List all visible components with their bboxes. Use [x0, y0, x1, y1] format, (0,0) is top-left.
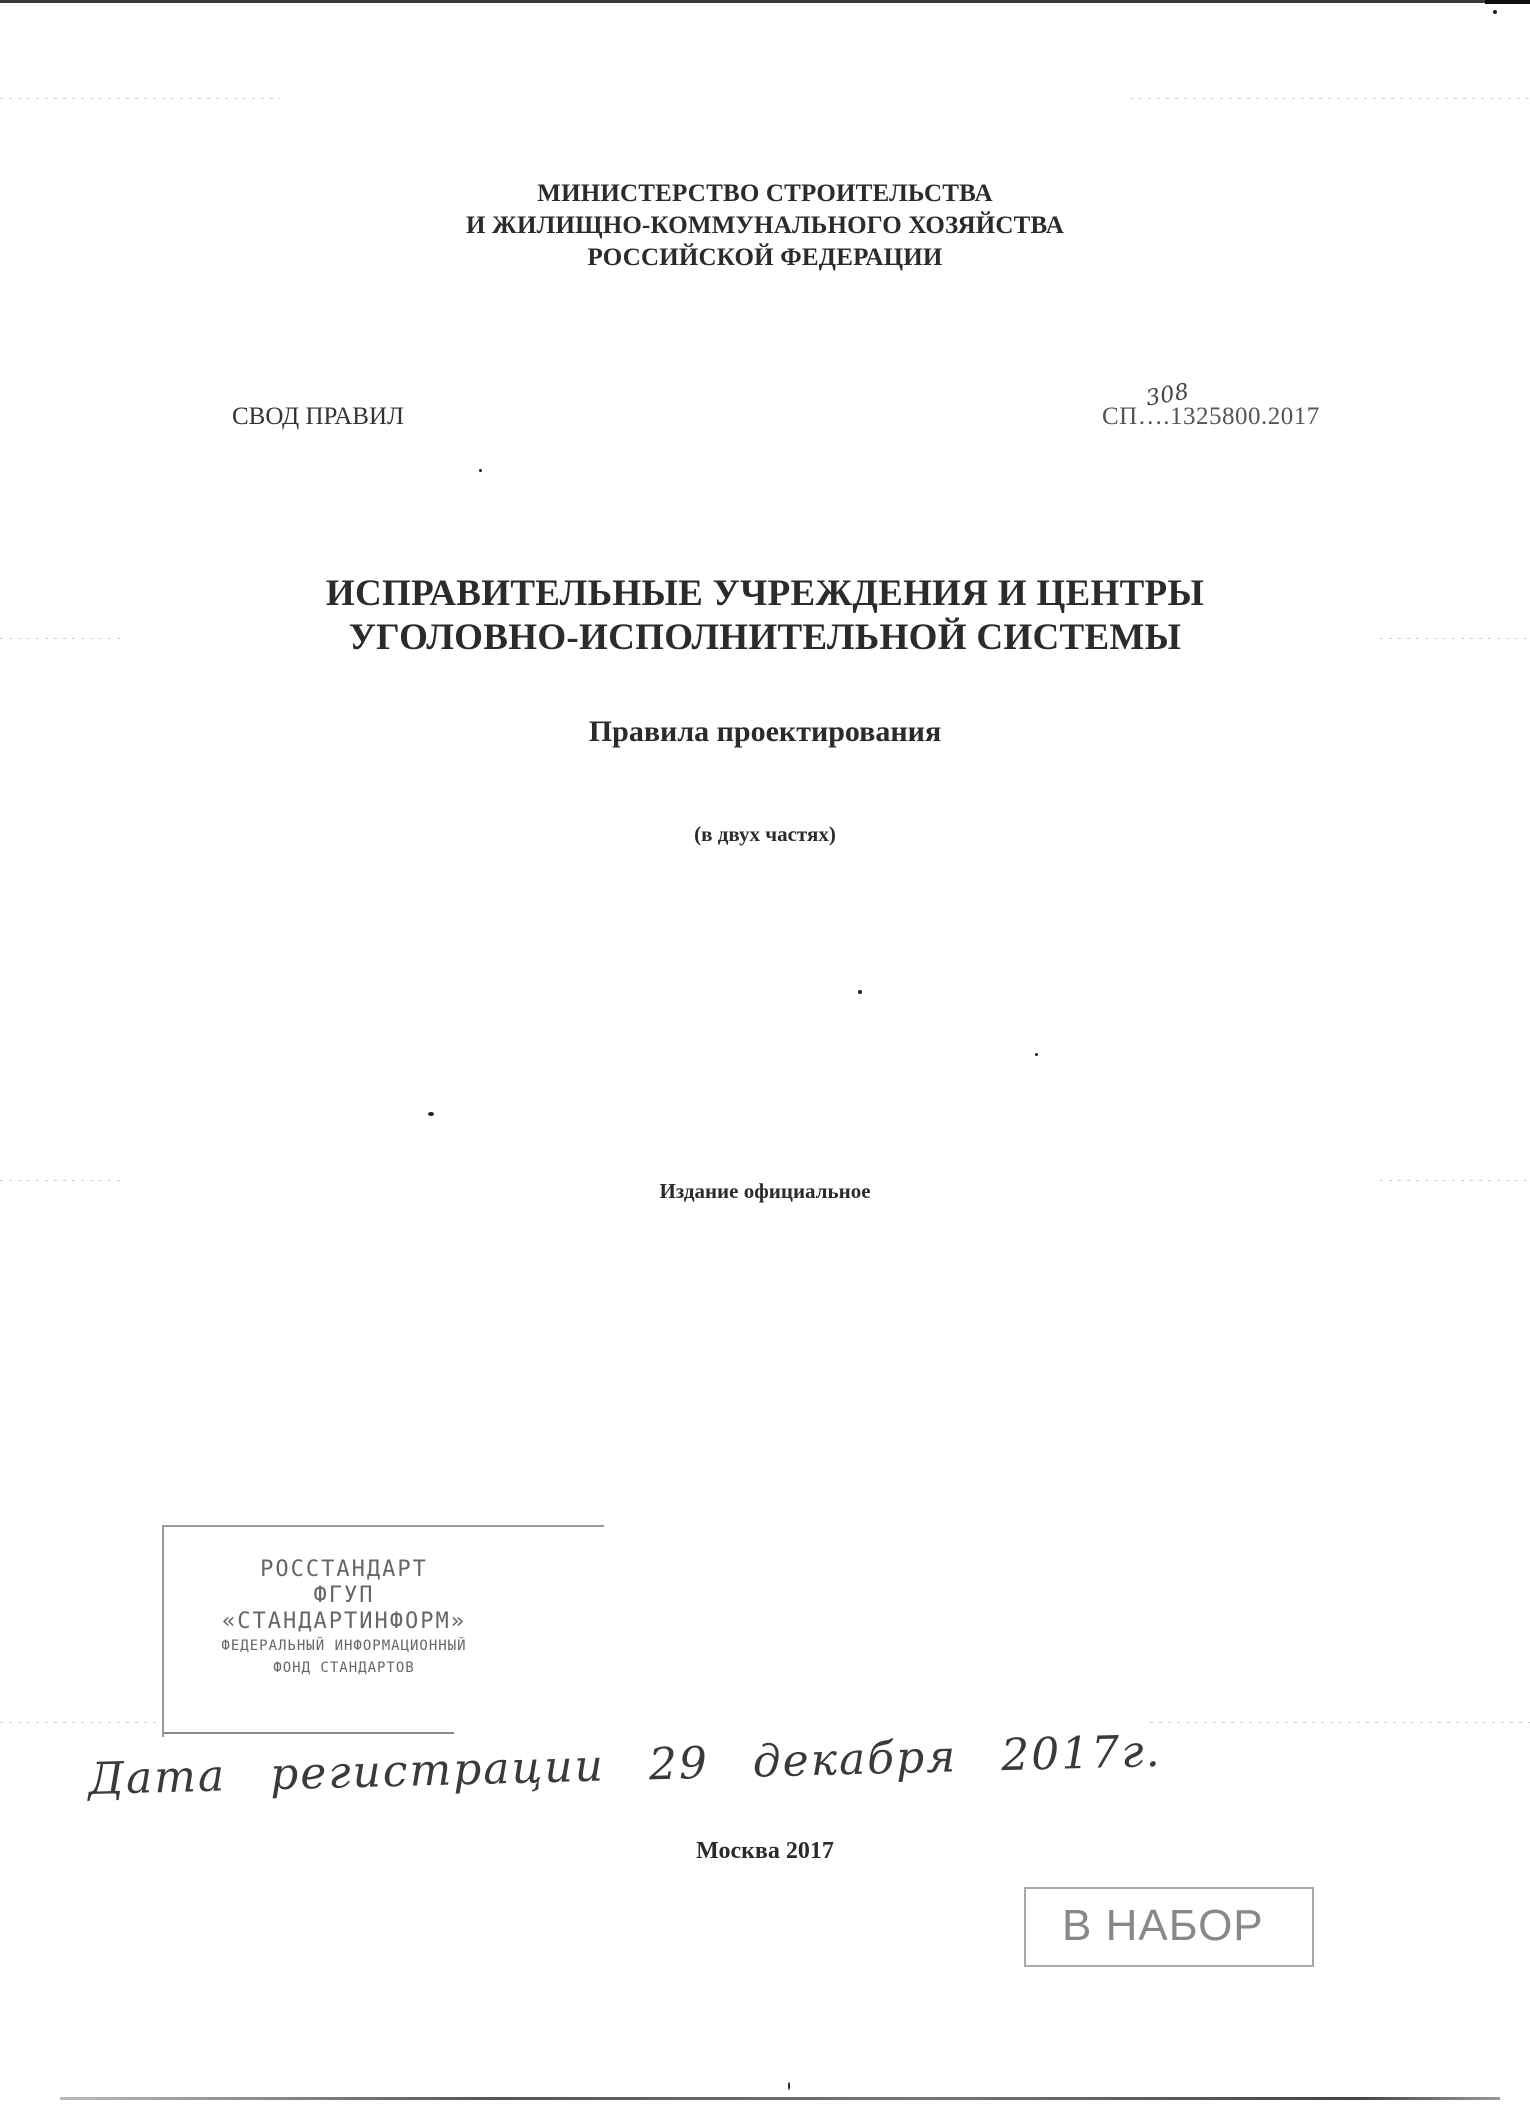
document-title: ИСПРАВИТЕЛЬНЫЕ УЧРЕЖДЕНИЯ И ЦЕНТРЫ УГОЛО…	[0, 572, 1530, 660]
city-year: Москва 2017	[0, 1838, 1530, 1865]
scan-speck	[788, 2082, 790, 2090]
scan-speck	[858, 990, 862, 994]
document-code-text: СП….1325800.2017	[1102, 403, 1320, 430]
scan-noise	[1130, 98, 1530, 99]
document-type: СВОД ПРАВИЛ	[232, 403, 404, 431]
scan-speck	[428, 1112, 434, 1116]
scan-speck	[1035, 1053, 1038, 1056]
ministry-line: И ЖИЛИЩНО-КОММУНАЛЬНОГО ХОЗЯЙСТВА	[0, 210, 1530, 242]
document-code: СП….1325800.2017 308	[1102, 403, 1320, 431]
registry-stamp: РОССТАНДАРТ ФГУП «СТАНДАРТИНФОРМ» ФЕДЕРА…	[162, 1525, 604, 1737]
stamp-line: ФГУП	[164, 1583, 524, 1609]
parts-note: (в двух частях)	[0, 822, 1530, 847]
title-line: УГОЛОВНО-ИСПОЛНИТЕЛЬНОЙ СИСТЕМЫ	[0, 616, 1530, 660]
registry-stamp-text: РОССТАНДАРТ ФГУП «СТАНДАРТИНФОРМ» ФЕДЕРА…	[164, 1557, 524, 1679]
ministry-header: МИНИСТЕРСТВО СТРОИТЕЛЬСТВА И ЖИЛИЩНО-КОМ…	[0, 178, 1530, 274]
scan-edge-bottom	[60, 2097, 1500, 2100]
stamp-line: «СТАНДАРТИНФОРМ»	[164, 1609, 524, 1635]
edition-label: Издание официальное	[0, 1179, 1530, 1204]
handwritten-registration-date: Дата регистрации 29 декабря 2017г.	[88, 1726, 1163, 1805]
stamp-line: ФЕДЕРАЛЬНЫЙ ИНФОРМАЦИОННЫЙ	[164, 1635, 524, 1657]
ministry-line: РОССИЙСКОЙ ФЕДЕРАЦИИ	[0, 242, 1530, 274]
scan-speck	[479, 469, 482, 472]
typeset-stamp-text: В НАБОР	[1062, 1901, 1264, 1951]
ministry-line: МИНИСТЕРСТВО СТРОИТЕЛЬСТВА	[0, 178, 1530, 210]
stamp-line: РОССТАНДАРТ	[164, 1557, 524, 1583]
document-subtitle: Правила проектирования	[0, 715, 1530, 749]
scan-speck	[1493, 10, 1497, 14]
typeset-stamp: В НАБОР	[1024, 1887, 1314, 1967]
scan-noise	[0, 1722, 160, 1723]
scan-edge-corner	[1485, 0, 1530, 4]
scan-noise	[1150, 1722, 1530, 1723]
title-line: ИСПРАВИТЕЛЬНЫЕ УЧРЕЖДЕНИЯ И ЦЕНТРЫ	[0, 572, 1530, 616]
stamp-border-bottom	[164, 1732, 454, 1734]
scan-edge-top	[0, 0, 1530, 3]
stamp-line: ФОНД СТАНДАРТОВ	[164, 1657, 524, 1679]
scan-noise	[0, 98, 280, 99]
